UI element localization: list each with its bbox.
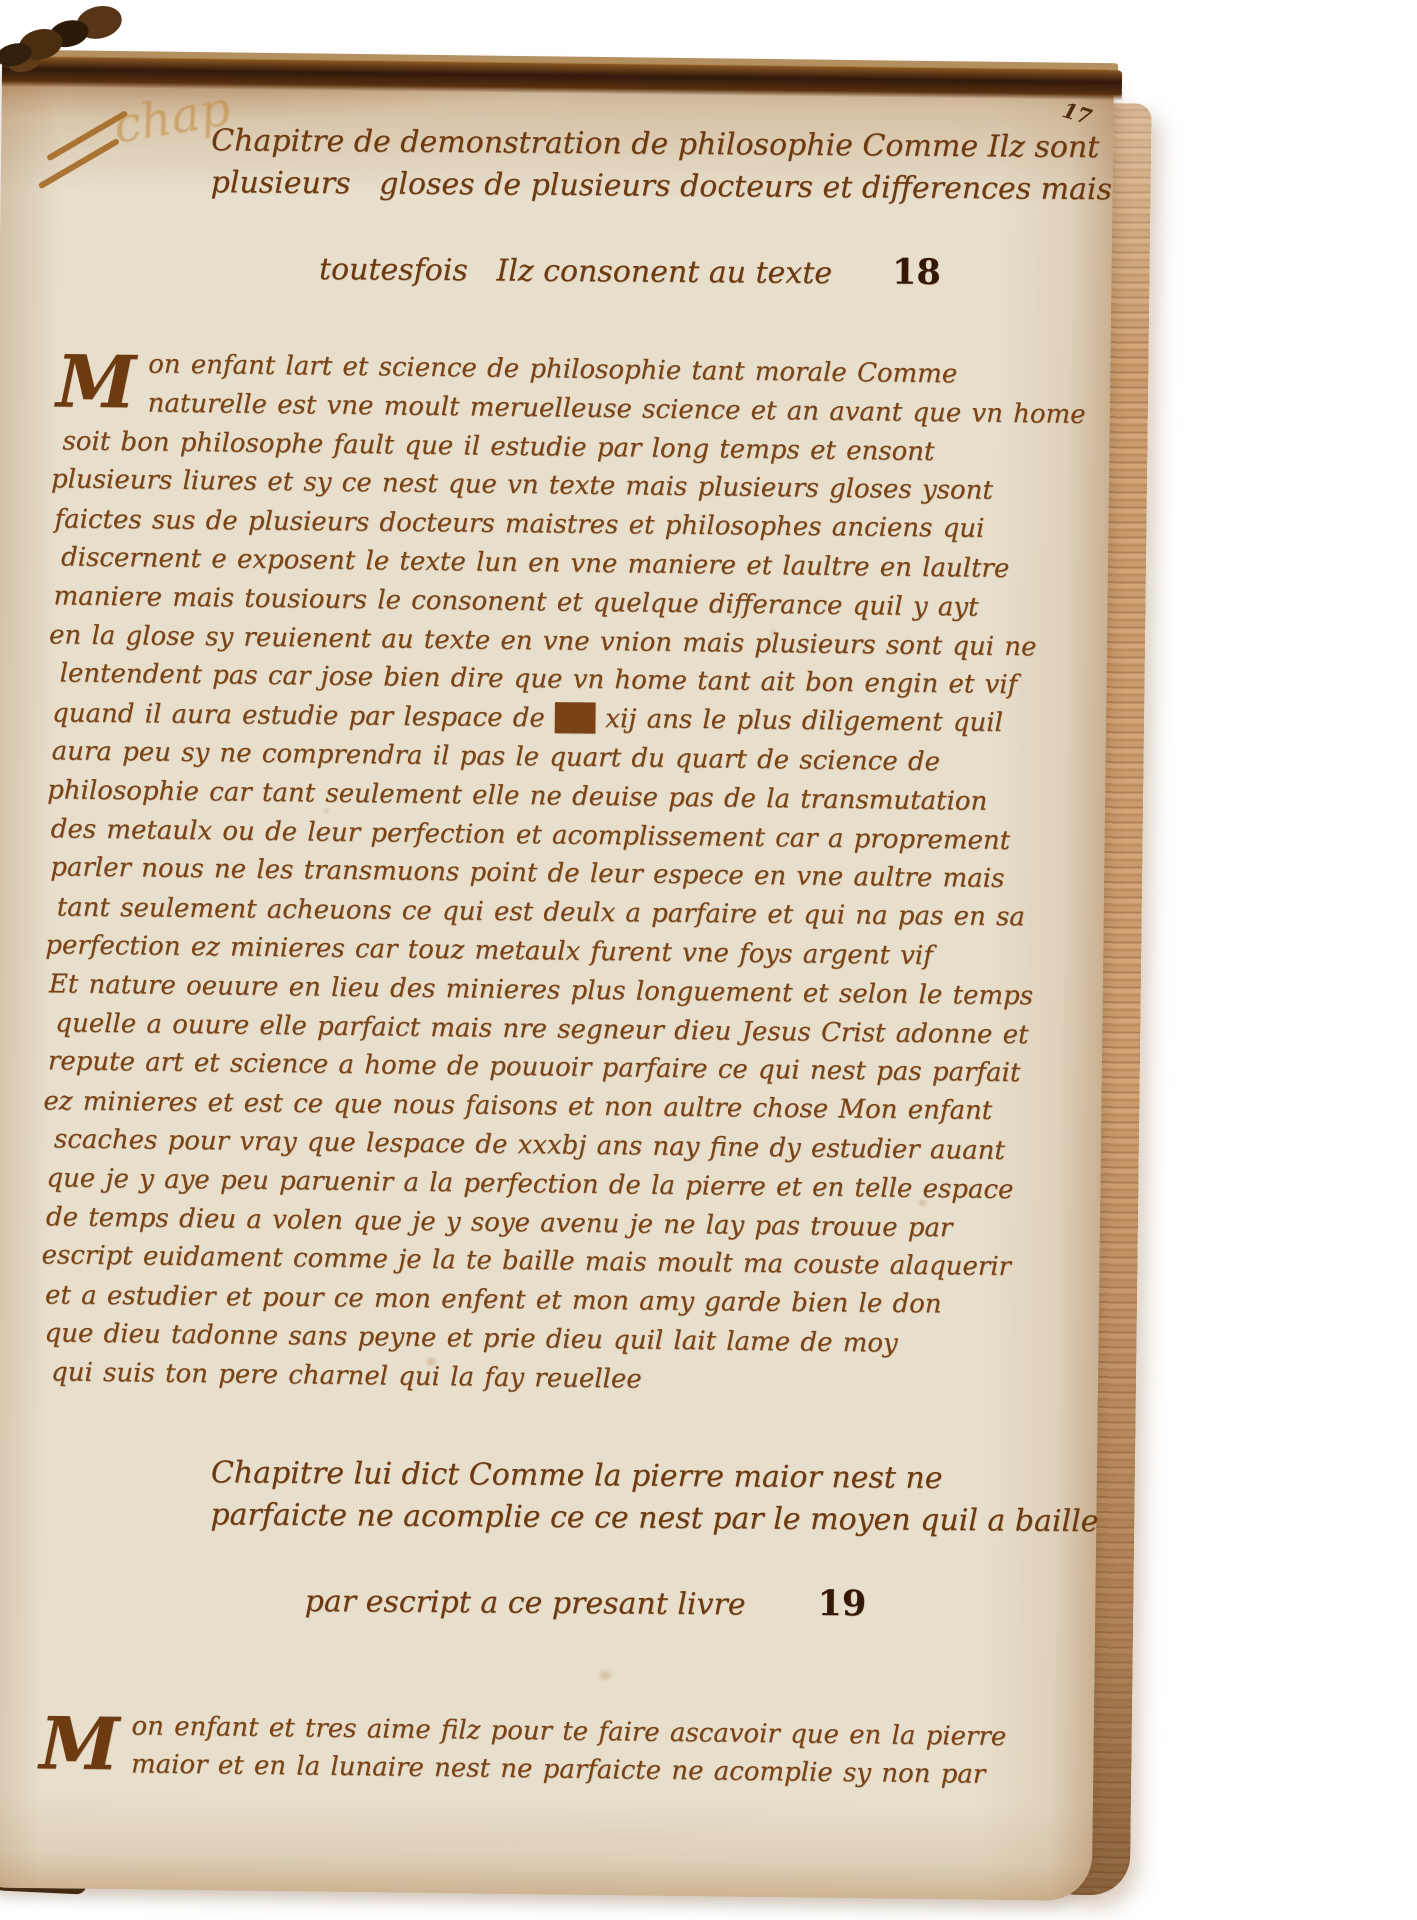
paragraph-1: Mon enfant lart et science de philosophi…	[44, 344, 1105, 1404]
chapter-heading-18: Chapitre de demonstration de philosophie…	[209, 118, 1108, 341]
chapter-heading-line: par escript a ce presant livre19	[209, 1536, 1090, 1671]
manuscript-text: Chapitre de demonstration de philosophie…	[39, 108, 1107, 1796]
drop-cap-initial: M	[56, 344, 149, 413]
chapter-heading-19: Chapitre lui dict Comme la pierre maior …	[209, 1450, 1092, 1673]
book: chap 17 Chapitre de demonstration de phi…	[0, 44, 1152, 1906]
paragraph-2: Mon enfant et tres aime filz pour te fai…	[39, 1706, 1088, 1796]
chapter-heading-line: toutesfois Ilz consonent au texte18	[223, 204, 1106, 339]
manuscript-line-text: on enfant et tres aime filz pour te fair…	[131, 1711, 1006, 1752]
slash-mark	[38, 138, 120, 190]
drop-cap-initial: M	[39, 1706, 132, 1775]
chapter-heading-line-text: toutesfois Ilz consonent au texte	[319, 252, 832, 291]
manuscript-photo: chap 17 Chapitre de demonstration de phi…	[0, 0, 1417, 1920]
chapter-number: 19	[817, 1582, 866, 1623]
manuscript-line-text: on enfant lart et science de philosophie…	[148, 349, 957, 389]
chapter-heading-line: parfaicte ne acomplie ce ce nest par le …	[210, 1494, 1090, 1543]
chapter-heading-line-text: par escript a ce presant livre	[305, 1583, 746, 1621]
chapter-number: 18	[892, 252, 941, 293]
chapter-heading-line: Chapitre lui dict Comme la pierre maior …	[211, 1452, 1091, 1501]
chapter-heading-line: Chapitre de demonstration de philosophie…	[211, 120, 1107, 169]
chapter-heading-line: plusieurs gloses de plusieurs docteurs e…	[211, 162, 1107, 211]
